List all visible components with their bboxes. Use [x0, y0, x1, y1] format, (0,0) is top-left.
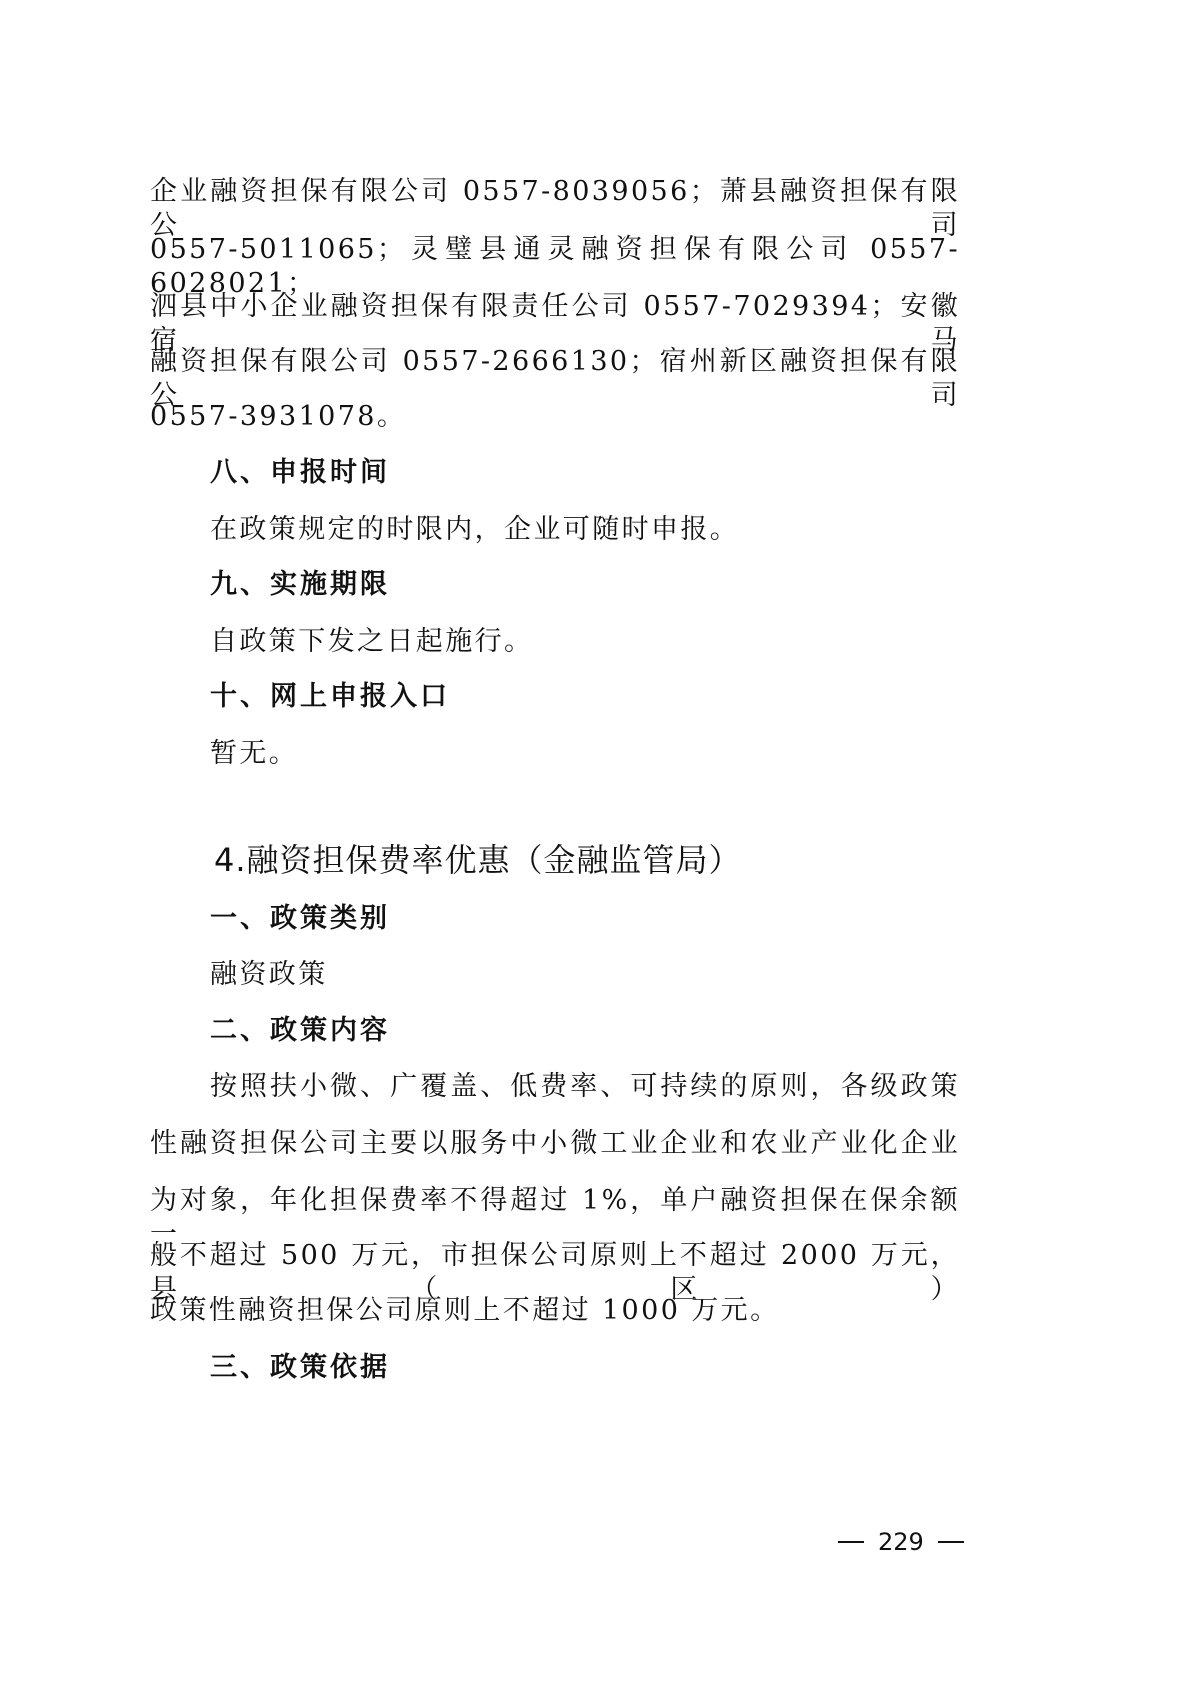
section-body: 暂无。	[210, 737, 960, 771]
section-heading: 二、政策内容	[210, 1014, 960, 1048]
policy-title: 4.融资担保费率优惠（金融监管局）	[214, 840, 742, 880]
section-heading: 十、网上申报入口	[210, 680, 960, 714]
dash-right-decoration	[938, 1541, 964, 1543]
body-line: 性融资担保公司主要以服务中小微工业企业和农业产业化企业	[150, 1127, 960, 1161]
body-line: 按照扶小微、广覆盖、低费率、可持续的原则，各级政策	[210, 1070, 960, 1104]
body-line: 0557-3931078。	[150, 400, 960, 434]
section-body: 自政策下发之日起施行。	[210, 625, 960, 659]
section-heading: 一、政策类别	[210, 902, 960, 936]
section-heading: 九、实施期限	[210, 568, 960, 602]
section-heading: 三、政策依据	[210, 1351, 960, 1385]
section-heading: 八、申报时间	[210, 456, 960, 490]
section-body: 在政策规定的时限内，企业可随时申报。	[210, 513, 960, 547]
body-line: 政策性融资担保公司原则上不超过 1000 万元。	[150, 1294, 960, 1328]
section-body: 融资政策	[210, 958, 960, 992]
page-number: 229	[838, 1527, 964, 1557]
page-number-value: 229	[878, 1527, 924, 1557]
dash-left-decoration	[838, 1541, 864, 1543]
document-page: 企业融资担保有限公司 0557-8039056；萧县融资担保有限公司 0557-…	[0, 0, 1190, 1683]
